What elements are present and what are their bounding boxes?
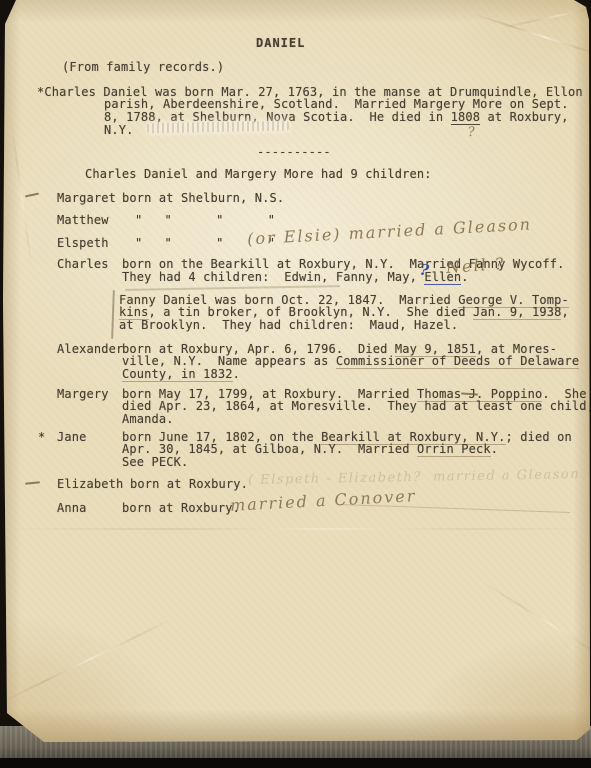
anna-desc: born at Roxbury. bbox=[122, 502, 240, 514]
scan-edge-strip bbox=[0, 758, 591, 768]
paper-crease-bottom-left bbox=[0, 618, 172, 707]
paper-crease-bottom-right bbox=[481, 580, 591, 661]
children-heading: Charles Daniel and Margery More had 9 ch… bbox=[85, 168, 432, 180]
anna-name: Anna bbox=[57, 502, 87, 514]
paper-crease-middle bbox=[0, 528, 591, 530]
paper-crease-top-right bbox=[471, 12, 591, 57]
intro-line-2: parish, Aberdeenshire, Scotland. Married… bbox=[104, 98, 569, 110]
intro-line-3: 8, 1788, at Shelburn, Nova Scotia. He di… bbox=[104, 111, 569, 123]
scanned-page: DANIEL (From family records.) *Charles D… bbox=[0, 0, 591, 768]
elspeth-note-handwritten: (or Elsie) married a Gleason bbox=[247, 217, 533, 248]
matthew-ditto: " " " " bbox=[135, 214, 275, 226]
margery-desc-2: died Apr. 23, 1864, at Moresville. They … bbox=[122, 400, 591, 412]
crease-after-conover bbox=[340, 504, 570, 513]
fanny-block-bracket bbox=[111, 290, 115, 339]
margery-desc-3: Amanda. bbox=[122, 413, 174, 425]
alexander-desc-3: County, in 1832. bbox=[122, 368, 240, 380]
margery-name: Margery bbox=[57, 388, 109, 400]
anna-note-handwritten: married a Conover bbox=[230, 488, 417, 514]
margaret-name: Margaret bbox=[57, 192, 116, 204]
alexander-desc-2: ville, N.Y. Name appears as Commissioner… bbox=[122, 355, 579, 367]
margaret-desc: born at Shelburn, N.S. bbox=[122, 192, 284, 204]
jane-desc-2: Apr. 30, 1845, at Gilboa, N.Y. Married O… bbox=[122, 443, 498, 455]
jane-asterisk: * bbox=[38, 431, 45, 443]
nell-note-handwritten: Nell ? bbox=[446, 256, 506, 276]
charles-desc-2: They had 4 children: Edwin, Fanny, May, … bbox=[122, 271, 469, 283]
elizabeth-desc: born at Roxbury. bbox=[130, 478, 248, 490]
margin-dash-elizabeth bbox=[25, 481, 40, 484]
intro-line-4: N.Y. bbox=[104, 124, 134, 136]
fanny-block-line-2: kins, a tin broker, of Brooklyn, N.Y. Sh… bbox=[119, 306, 569, 318]
erased-typed-smudge bbox=[147, 121, 289, 133]
pencil-question-1808: ? bbox=[467, 125, 475, 142]
divider-dashes: ---------- bbox=[257, 146, 331, 158]
pencil-smudge-above-fanny bbox=[125, 285, 340, 291]
jane-desc-3: See PECK. bbox=[122, 456, 188, 468]
source-note: (From family records.) bbox=[62, 61, 224, 73]
elspeth-name: Elspeth bbox=[57, 237, 109, 249]
margin-dash-margaret bbox=[25, 193, 39, 198]
matthew-name: Matthew bbox=[57, 214, 109, 226]
elizabeth-name: Elizabeth bbox=[57, 478, 123, 490]
fanny-block-line-3: at Brooklyn. They had children: Maud, Ha… bbox=[119, 319, 458, 331]
paper: DANIEL (From family records.) *Charles D… bbox=[0, 0, 591, 743]
charles-name: Charles bbox=[57, 258, 109, 270]
alexander-name: Alexander bbox=[57, 343, 123, 355]
jane-name: Jane bbox=[57, 431, 87, 443]
document-title: DANIEL bbox=[256, 37, 305, 49]
paper-crease-top-right-2 bbox=[499, 5, 591, 29]
